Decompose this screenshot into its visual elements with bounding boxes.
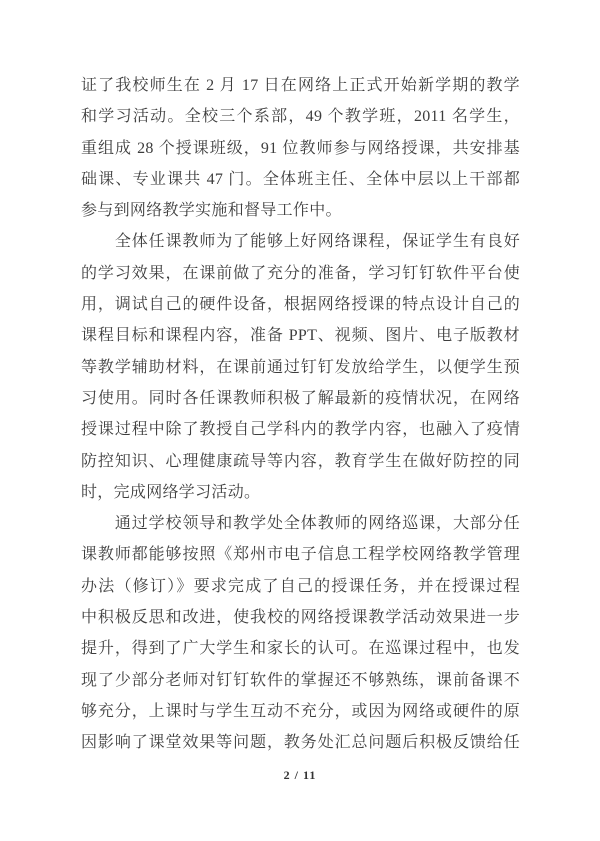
paragraph-2: 全体任课教师为了能够上好网络课程，保证学生有良好 的学习效果，在课前做了充分的准… [81,226,520,508]
text-line: 防控知识、心理健康疏导等内容，教育学生在做好防控的同 [81,446,520,477]
text-line: 授课过程中除了教授自己学科内的教学内容，也融入了疫情 [81,414,520,445]
text-line: 用，调试自己的硬件设备，根据网络授课的特点设计自己的 [81,289,520,320]
text-line: 参与到网络教学实施和督导工作中。 [81,195,520,226]
text-line: 等教学辅助材料，在课前通过钉钉发放给学生，以便学生预 [81,352,520,383]
text-line: 础课、专业课共 47 门。全体班主任、全体中层以上干部都 [81,164,520,195]
text-line: 全体任课教师为了能够上好网络课程，保证学生有良好 [81,226,520,257]
page-number: 2 / 11 [0,768,600,783]
text-line: 提升，得到了广大学生和家长的认可。在巡课过程中，也发 [81,633,520,664]
document-page: 证了我校师生在 2 月 17 日在网络上正式开始新学期的教学 和学习活动。全校三… [0,0,600,841]
text-line: 证了我校师生在 2 月 17 日在网络上正式开始新学期的教学 [81,70,520,101]
text-line: 够充分，上课时与学生互动不充分，或因为网络或硬件的原 [81,696,520,727]
text-line: 办法（修订）》要求完成了自己的授课任务，并在授课过程 [81,571,520,602]
paragraph-1: 证了我校师生在 2 月 17 日在网络上正式开始新学期的教学 和学习活动。全校三… [81,70,520,226]
text-line: 现了少部分老师对钉钉软件的掌握还不够熟练，课前备课不 [81,665,520,696]
document-body: 证了我校师生在 2 月 17 日在网络上正式开始新学期的教学 和学习活动。全校三… [81,70,520,759]
text-line: 通过学校领导和教学处全体教师的网络巡课，大部分任 [81,508,520,539]
paragraph-3: 通过学校领导和教学处全体教师的网络巡课，大部分任 课教师都能够按照《郑州市电子信… [81,508,520,758]
text-line: 和学习活动。全校三个系部，49 个教学班，2011 名学生， [81,101,520,132]
text-line: 课程目标和课程内容，准备 PPT、视频、图片、电子版教材 [81,320,520,351]
text-line: 因影响了课堂效果等问题，教务处汇总问题后积极反馈给任 [81,727,520,758]
text-line: 重组成 28 个授课班级，91 位教师参与网络授课，共安排基 [81,133,520,164]
text-line: 的学习效果，在课前做了充分的准备，学习钉钉软件平台使 [81,258,520,289]
text-line: 习使用。同时各任课教师积极了解最新的疫情状况，在网络 [81,383,520,414]
text-line: 时，完成网络学习活动。 [81,477,520,508]
text-line: 课教师都能够按照《郑州市电子信息工程学校网络教学管理 [81,539,520,570]
text-line: 中积极反思和改进，使我校的网络授课教学活动效果进一步 [81,602,520,633]
